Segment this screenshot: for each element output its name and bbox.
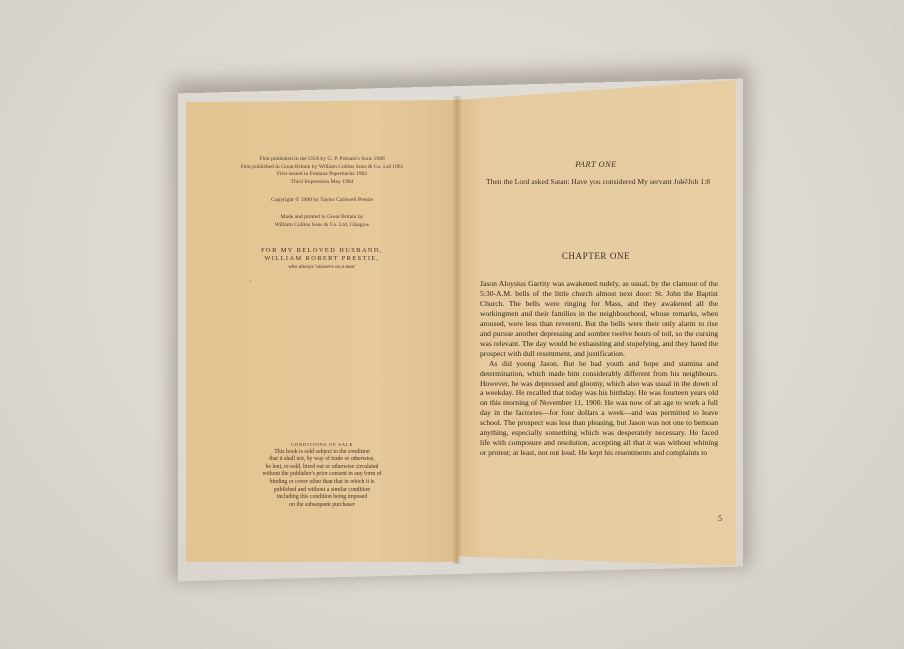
imprint-line: First published in the USA by G. P. Putn… (186, 156, 458, 164)
dedication: FOR MY BELOVED HUSBAND, WILLIAM ROBERT P… (186, 247, 458, 271)
conditions-line: including this condition being imposed (186, 494, 458, 502)
paragraph: As did young Jason. But he had youth and… (480, 359, 718, 459)
publication-history: First published in the USA by G. P. Putn… (186, 156, 458, 186)
imprint-line: Third Impression May 1984 (186, 179, 458, 187)
chapter-title: CHAPTER ONE (456, 251, 736, 261)
conditions-line: binding or cover other than that in whic… (186, 479, 458, 487)
conditions-line: on the subsequent purchaser (186, 502, 458, 510)
conditions-line: without the publisher's prior consent in… (186, 471, 458, 479)
conditions-heading: CONDITIONS OF SALE (186, 441, 458, 449)
dedication-line: WILLIAM ROBERT PRESTIE, (186, 255, 458, 263)
printer-line: William Collins Sons & Co. Ltd, Glasgow (186, 222, 458, 230)
epigraph: Then the Lord asked Satan: Have you cons… (486, 176, 710, 187)
printer-notice: Made and printed in Great Britain by Wil… (186, 214, 458, 229)
conditions-line: that it shall not, by way of trade or ot… (186, 456, 458, 464)
dedication-subline: who always 'answers as a man' (186, 263, 458, 271)
copyright-notice: Copyright © 1980 by Taylor Caldwell Pres… (186, 197, 458, 205)
conditions-of-sale: CONDITIONS OF SALE This book is sold sub… (186, 441, 458, 509)
imprint-line: First issued in Fontana Paperbacks 1982 (186, 171, 458, 179)
right-page-chapter-one: PART ONE Then the Lord asked Satan: Have… (456, 80, 736, 566)
left-page-copyright: First published in the USA by G. P. Putn… (186, 100, 458, 562)
stray-mark: ' (250, 280, 251, 286)
chapter-body: Jason Aloysius Garrity was awakened rude… (480, 279, 718, 458)
printer-line: Made and printed in Great Britain by (186, 214, 458, 222)
page-number: 5 (718, 514, 722, 523)
copyright-line: Copyright © 1980 by Taylor Caldwell Pres… (186, 197, 458, 205)
epigraph-text: Then the Lord asked Satan: Have you cons… (486, 177, 688, 186)
paragraph: Jason Aloysius Garrity was awakened rude… (480, 279, 718, 359)
imprint-line: First published in Great Britain by Will… (186, 164, 458, 172)
conditions-line: published and without a similar conditio… (186, 487, 458, 495)
part-title: PART ONE (456, 160, 736, 169)
dedication-line: FOR MY BELOVED HUSBAND, (186, 247, 458, 255)
